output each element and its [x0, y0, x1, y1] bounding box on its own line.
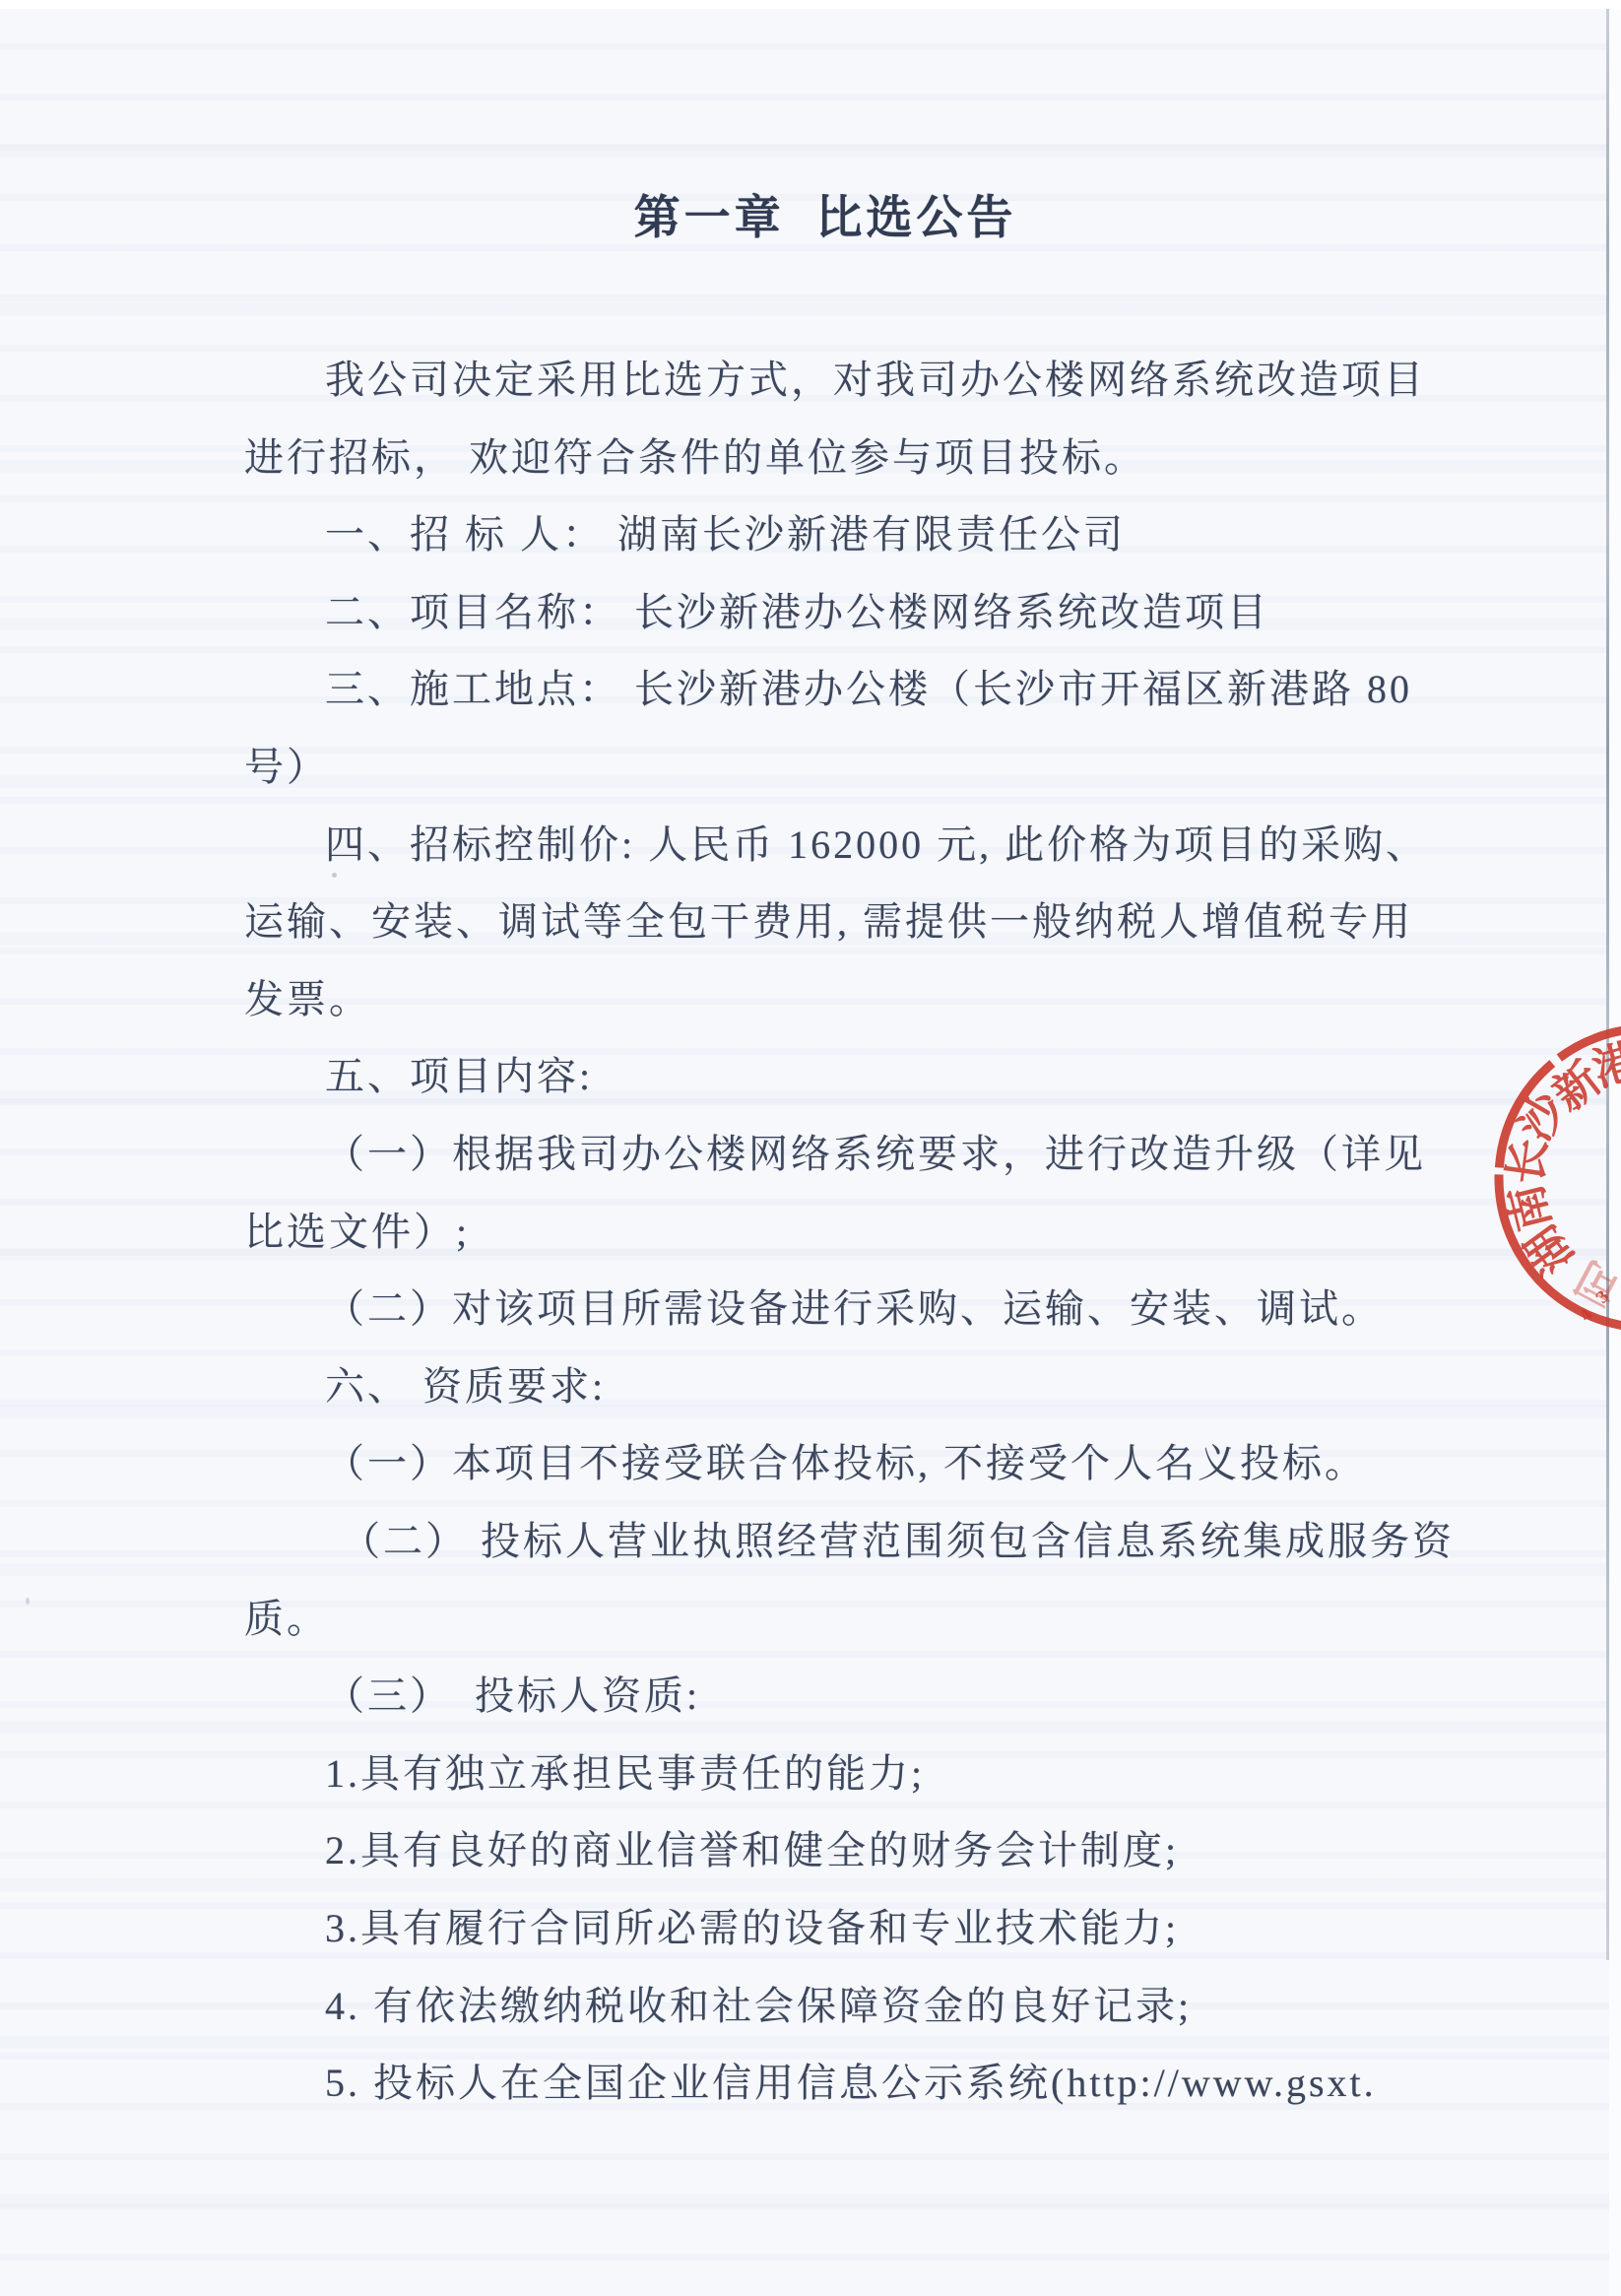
document-line: 运输、安装、调试等全包干费用, 需提供一般纳税人增值税专用: [244, 896, 1414, 948]
scan-top-edge: [0, 0, 1621, 9]
document-line: 六、 资质要求:: [244, 1361, 1495, 1412]
document-line: （三） 投标人资质:: [244, 1671, 1495, 1722]
page-edge-shadow: [1606, 8, 1609, 1960]
document-line: 号）: [244, 742, 1414, 793]
document-line: 4. 有依法缴纳税收和社会保障资金的良好记录;: [244, 1981, 1495, 2032]
company-seal-stamp: 港 新 沙 长 南 湖 司 4 3: [1448, 985, 1621, 1379]
document-line: 质。: [244, 1594, 1414, 1645]
document-line: 二、项目名称： 长沙新港办公楼网络系统改造项目: [244, 587, 1495, 638]
document-body: 我公司决定采用比选方式，对我司办公楼网络系统改造项目进行招标， 欢迎符合条件的单…: [0, 0, 1621, 2296]
document-line: 五、项目内容:: [244, 1051, 1495, 1102]
document-line: 四、招标控制价: 人民币 162000 元, 此价格为项目的采购、: [244, 820, 1495, 871]
scan-speck: [26, 1598, 30, 1605]
document-line: 5. 投标人在全国企业信用信息公示系统(http://www.gsxt.: [244, 2058, 1495, 2109]
document-line: （一）根据我司办公楼网络系统要求，进行改造升级（详见: [244, 1129, 1495, 1180]
document-line: 1.具有独立承担民事责任的能力;: [244, 1748, 1495, 1800]
document-line: 我公司决定采用比选方式，对我司办公楼网络系统改造项目: [244, 355, 1495, 406]
document-line: 3.具有履行合同所必需的设备和专业技术能力;: [244, 1903, 1495, 1954]
scanned-document-page: 第一章 比选公告 我公司决定采用比选方式，对我司办公楼网络系统改造项目进行招标，…: [0, 0, 1621, 2296]
document-line: 进行招标， 欢迎符合条件的单位参与项目投标。: [244, 432, 1414, 484]
document-line: 三、施工地点： 长沙新港办公楼（长沙市开福区新港路 80: [244, 664, 1495, 715]
document-line: 一、招 标 人： 湖南长沙新港有限责任公司: [244, 509, 1495, 560]
document-line: （二）对该项目所需设备进行采购、运输、安装、调试。: [244, 1283, 1495, 1335]
scan-speck: [332, 873, 337, 878]
document-line: （一）本项目不接受联合体投标, 不接受个人名义投标。: [244, 1438, 1495, 1489]
document-line: 发票。: [244, 974, 1414, 1025]
document-line: （二） 投标人营业执照经营范围须包含信息系统集成服务资: [244, 1516, 1511, 1567]
document-line: 比选文件）;: [244, 1207, 1414, 1258]
document-line: 2.具有良好的商业信誉和健全的财务会计制度;: [244, 1825, 1495, 1876]
